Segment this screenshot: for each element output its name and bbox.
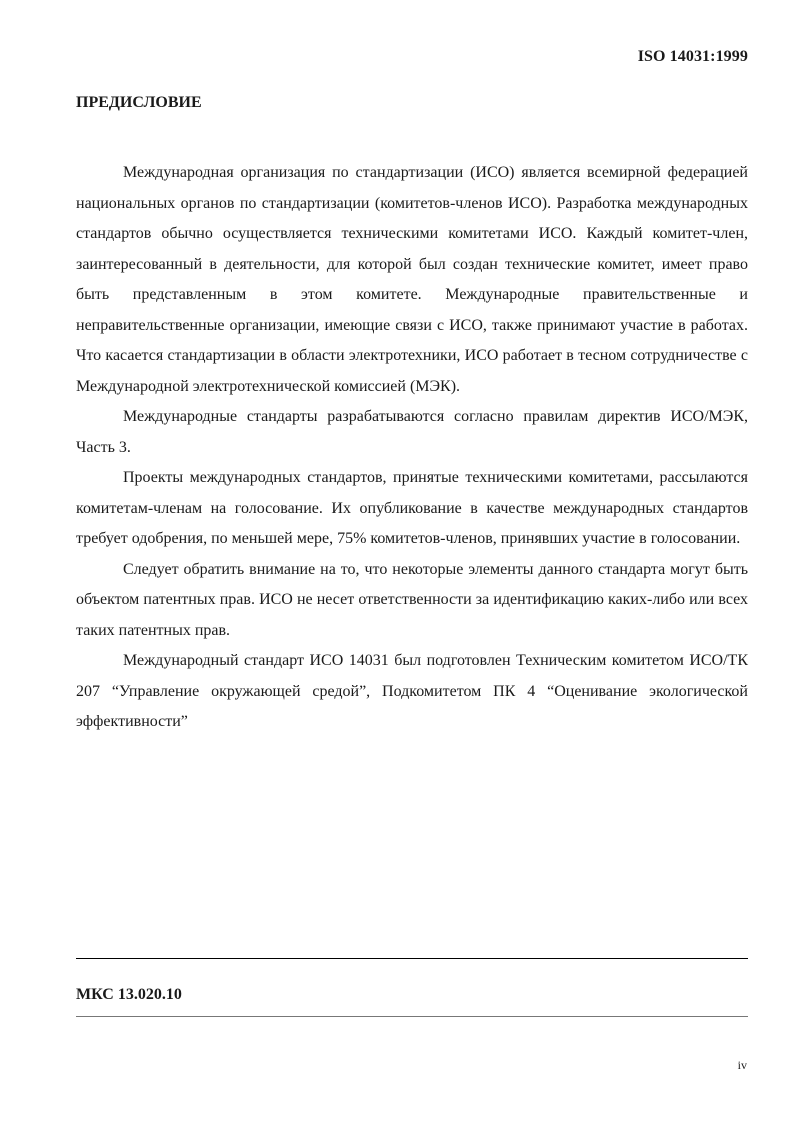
paragraph: Международные стандарты разрабатываются … [76,402,748,463]
ics-code: МКС 13.020.10 [76,986,182,1004]
top-divider [76,958,748,959]
standard-code-header: ISO 14031:1999 [638,48,748,66]
bottom-divider [76,1016,748,1017]
paragraph: Проекты международных стандартов, принят… [76,463,748,555]
paragraph: Международный стандарт ИСО 14031 был под… [76,646,748,738]
page-number: iv [738,1058,747,1073]
paragraph: Международная организация по стандартиза… [76,158,748,402]
section-title: ПРЕДИСЛОВИЕ [76,94,202,112]
paragraph: Следует обратить внимание на то, что нек… [76,555,748,647]
foreword-body: Международная организация по стандартиза… [76,158,748,738]
